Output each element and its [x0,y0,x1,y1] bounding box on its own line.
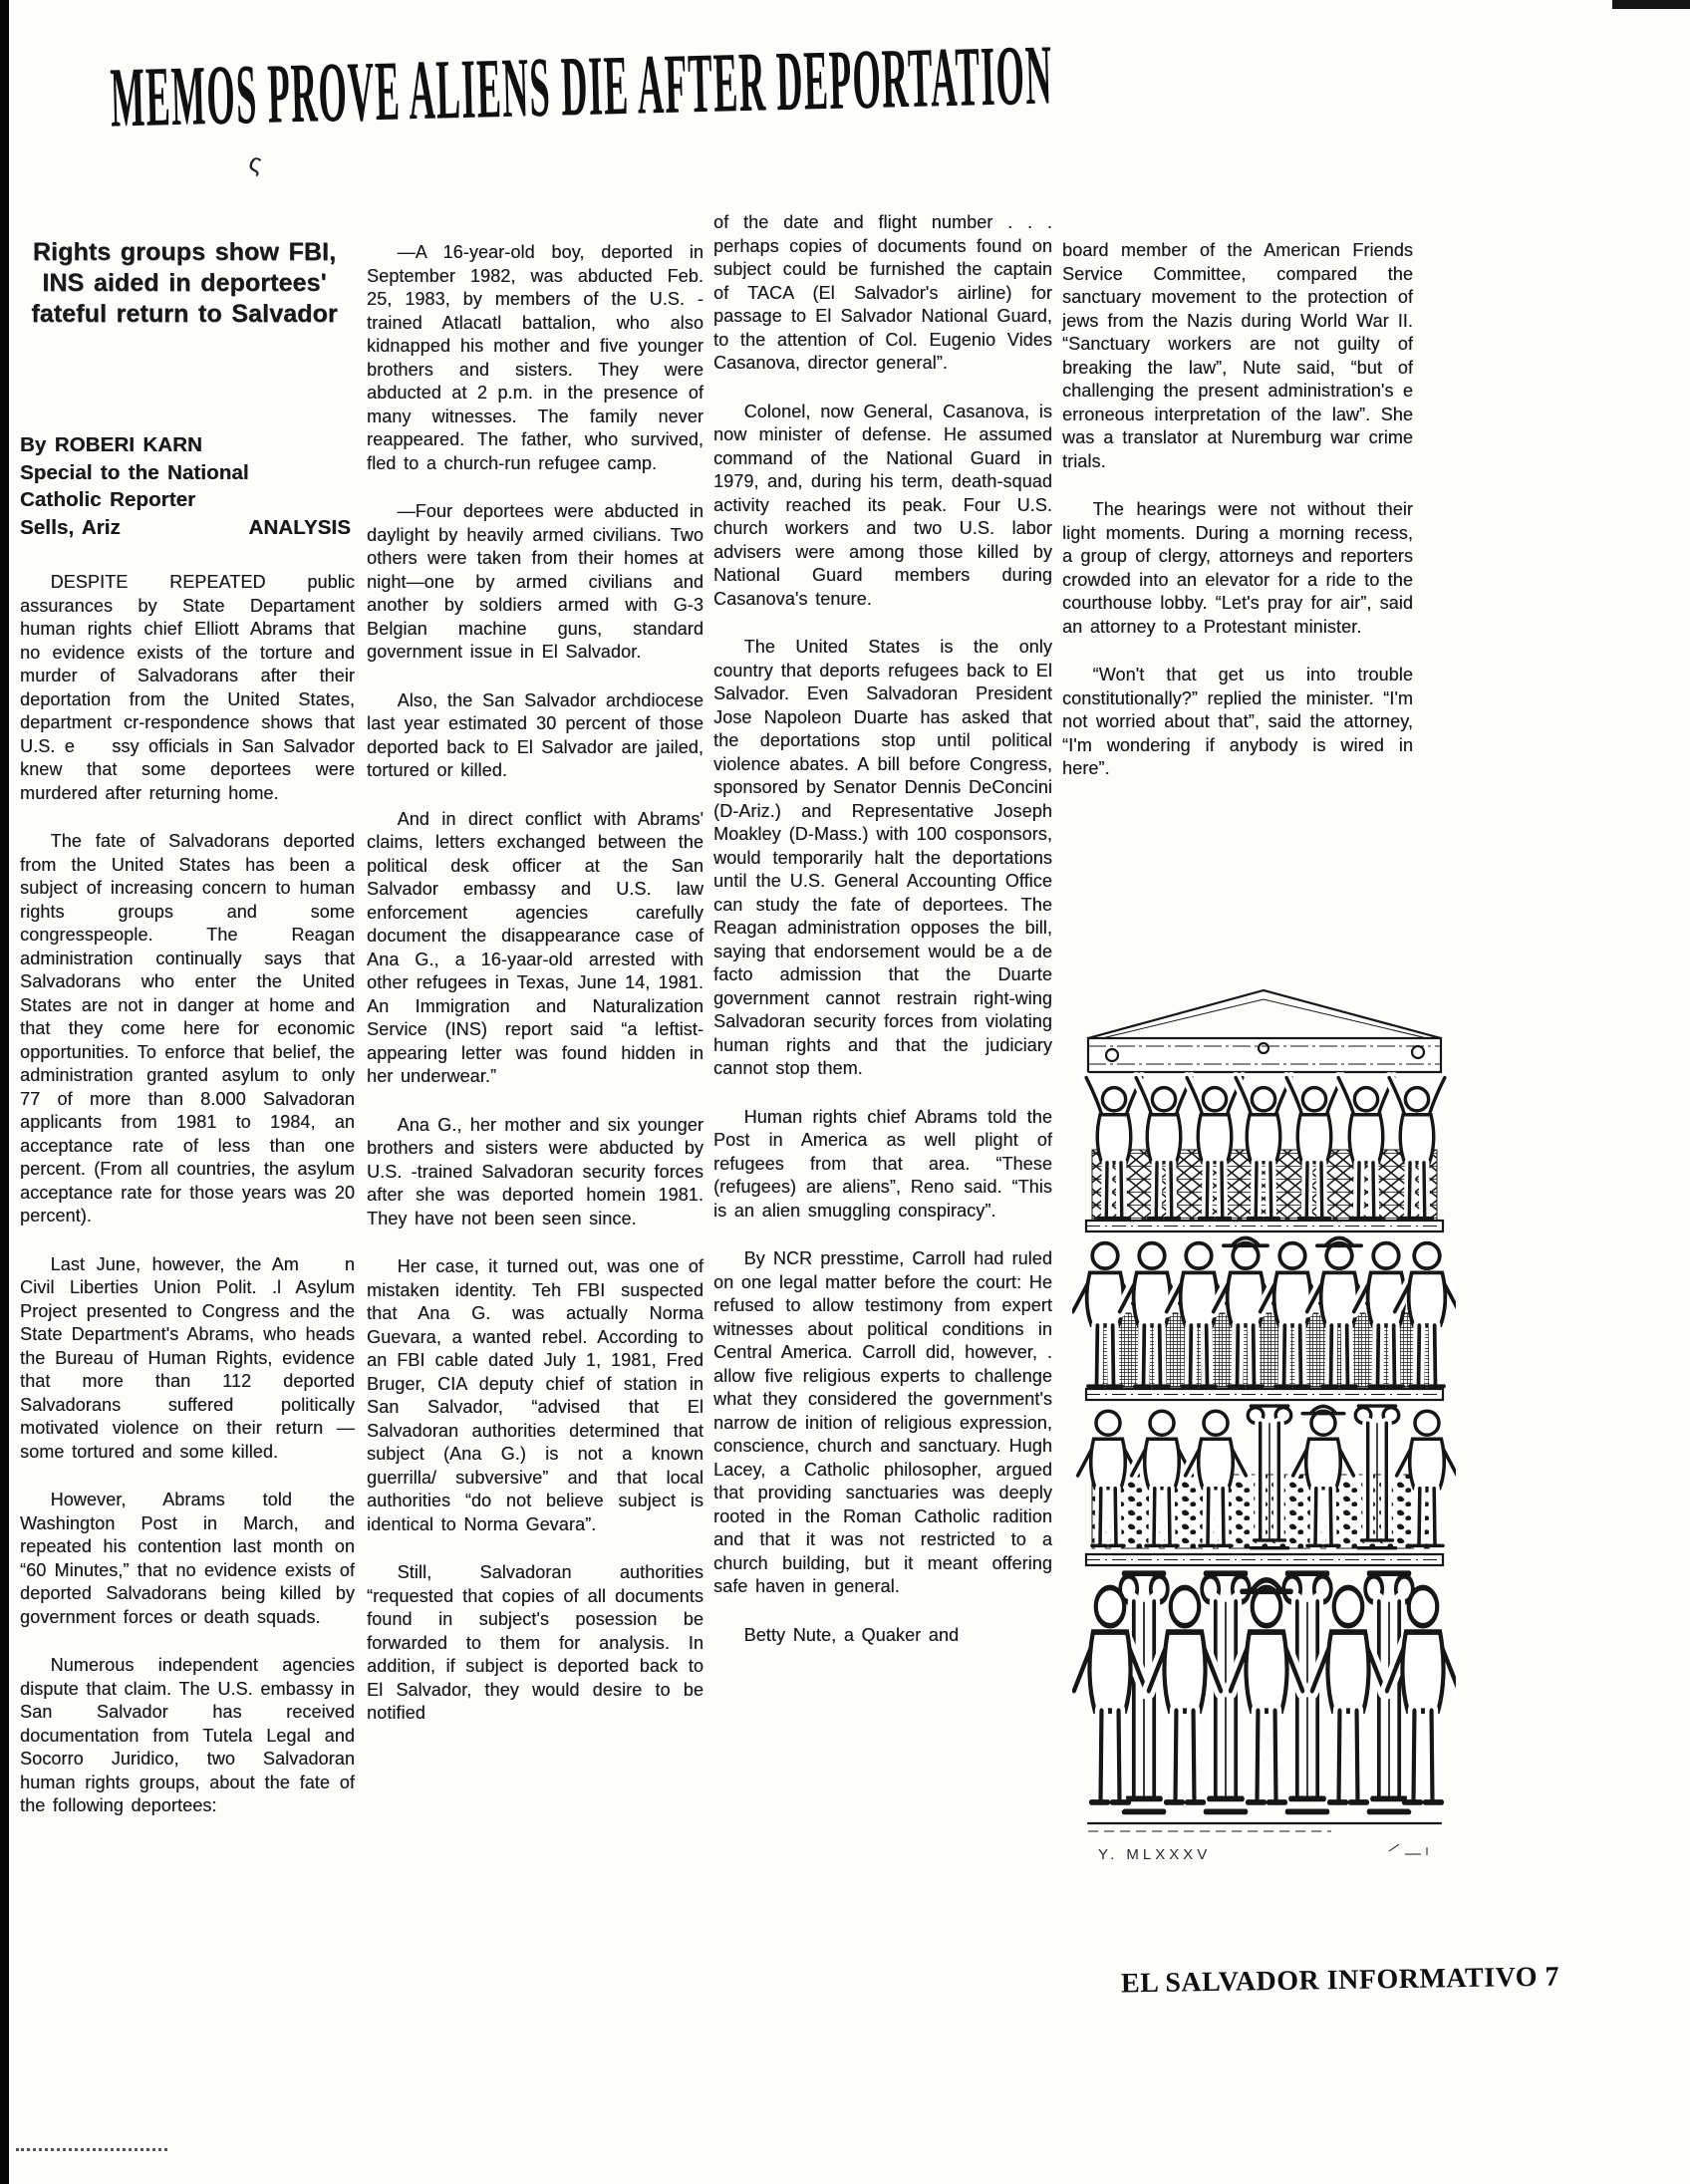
page-footer: EL SALVADOR INFORMATIVO 7 [1121,1962,1560,2001]
column-4: board member of the American Friends Ser… [1062,239,1413,806]
page-title: MEMOS PROVE ALIENS DIE AFTER DEPORTATION [110,26,1054,147]
article-paragraph: “Won't that get us into trouble constitu… [1062,664,1413,781]
article-paragraph: And in direct conflict with Abrams' clai… [367,808,704,1089]
analysis-label: ANALYSIS [248,514,351,542]
page-edge-bar [0,0,9,2184]
article-paragraph: Betty Nute, a Quaker and [713,1624,1052,1648]
article-paragraph: Human rights chief Abrams told the Post … [713,1106,1052,1224]
article-paragraph: Also, the San Salvador archdiocese last … [367,689,704,783]
byline-org-line: Special to the National [20,459,355,487]
column-3: of the date and flight number . . . perh… [713,211,1052,1672]
article-paragraph: Ana G., her mother and six younger broth… [367,1114,704,1231]
subhead-line: Rights groups show FBI, [20,237,349,268]
article-paragraph: of the date and flight number . . . perh… [713,211,1052,376]
scan-squiggle-mark: ς [246,146,265,179]
article-paragraph: The United States is the only country th… [713,636,1052,1081]
article-paragraph: Last June, however, the Am n Civil Liber… [20,1253,355,1465]
article-subhead: Rights groups show FBI, INS aided in dep… [20,237,349,330]
byline-author: By ROBERI KARN [20,431,355,459]
article-paragraph: DESPITE REPEATED public assurances by St… [20,571,355,805]
article-paragraph: By NCR presstime, Carroll had ruled on o… [713,1247,1052,1599]
scan-dotted-line [16,2148,167,2151]
article-paragraph: —Four deportees were abducted in dayligh… [367,500,704,665]
temple-woodcut-illustration: Y. MLXXXV [1072,978,1456,1880]
illustration-signature: Y. MLXXXV [1098,1846,1211,1863]
article-paragraph: The hearings were not without their ligh… [1062,498,1413,639]
article-paragraph: Her case, it turned out, was one of mist… [367,1255,704,1536]
subhead-line: INS aided in deportees' [20,268,349,299]
column-2: —A 16-year-old boy, deported in Septembe… [367,241,704,1751]
subhead-line: fateful return to Salvador [20,299,349,330]
dateline-row: Sells, Ariz ANALYSIS [20,514,355,542]
byline-org-line: Catholic Reporter [20,486,355,514]
newspaper-page: MEMOS PROVE ALIENS DIE AFTER DEPORTATION… [0,0,1690,2184]
article-paragraph: Numerous independent agencies dispute th… [20,1654,355,1818]
dateline: Sells, Ariz [20,514,121,542]
column-1: Rights groups show FBI, INS aided in dep… [20,237,355,1843]
article-paragraph: —A 16-year-old boy, deported in Septembe… [367,241,704,475]
scan-artifact-mark [1612,0,1690,9]
article-paragraph: board member of the American Friends Ser… [1062,239,1413,473]
article-paragraph: Colonel, now General, Casanova, is now m… [713,401,1052,612]
article-paragraph: However, Abrams told the Washington Post… [20,1489,355,1629]
article-paragraph: The fate of Salvadorans deported from th… [20,830,355,1228]
byline-block: By ROBERI KARN Special to the National C… [20,431,355,541]
article-paragraph: Still, Salvadoran authorities “requested… [367,1561,704,1726]
